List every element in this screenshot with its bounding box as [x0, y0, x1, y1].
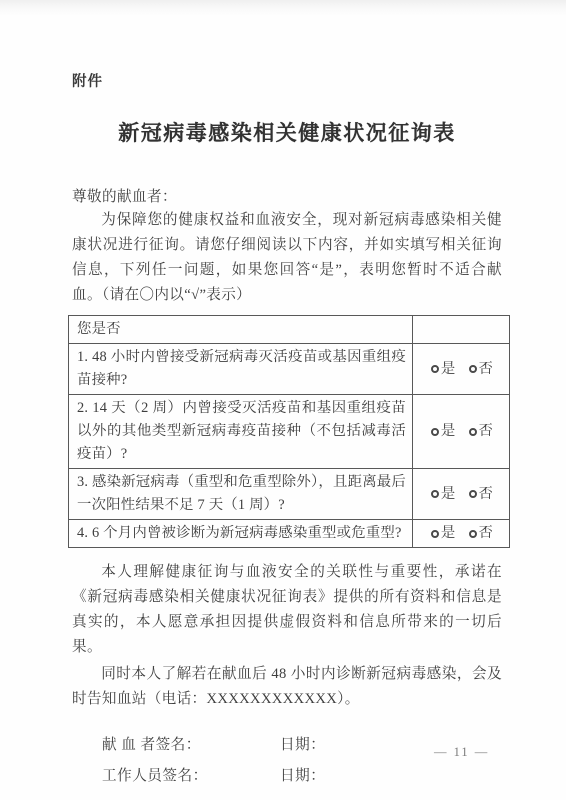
no-label: 否 [479, 358, 494, 381]
yes-option: 是 [431, 420, 456, 443]
answer-cell: 是 否 [413, 469, 510, 520]
yes-option: 是 [431, 483, 456, 506]
table-row: 4. 6 个月内曾被诊断为新冠病毒感染重型或危重型? 是 否 [69, 520, 510, 548]
no-label: 否 [479, 420, 494, 443]
attachment-label: 附件 [72, 70, 502, 91]
document-content: 附件 新冠病毒感染相关健康状况征询表 尊敬的献血者： 为保障您的健康权益和血液安… [0, 0, 566, 785]
declaration-paragraph-1: 本人理解健康征询与血液安全的关联性与重要性，承诺在《新冠病毒感染相关健康状况征询… [72, 560, 502, 660]
yes-label: 是 [441, 358, 456, 381]
no-option: 否 [469, 483, 494, 506]
no-label: 否 [479, 483, 494, 506]
question-cell: 2. 14 天（2 周）内曾接受灭活疫苗和基因重组疫苗以外的其他类型新冠病毒疫苗… [69, 395, 413, 469]
no-option: 否 [469, 358, 494, 381]
answer-options: 是 否 [421, 358, 503, 381]
no-option: 否 [469, 522, 494, 545]
answer-options: 是 否 [421, 420, 503, 443]
radio-circle-icon [431, 490, 439, 498]
table-header-row: 您是否 [69, 316, 510, 344]
answer-options: 是 否 [421, 522, 503, 545]
radio-circle-icon [469, 530, 477, 538]
page-title: 新冠病毒感染相关健康状况征询表 [72, 117, 502, 147]
answer-cell: 是 否 [413, 344, 510, 395]
question-cell: 1. 48 小时内曾接受新冠病毒灭活疫苗或基因重组疫苗接种? [69, 344, 413, 395]
table-row: 3. 感染新冠病毒（重型和危重型除外），且距离最后一次阳性结果不足 7 天（1 … [69, 469, 510, 520]
no-label: 否 [479, 522, 494, 545]
radio-circle-icon [431, 428, 439, 436]
table-header-answer-cell [413, 316, 510, 344]
yes-option: 是 [431, 358, 456, 381]
document-page: 附件 新冠病毒感染相关健康状况征询表 尊敬的献血者： 为保障您的健康权益和血液安… [0, 0, 566, 800]
table-header-cell: 您是否 [69, 316, 413, 344]
yes-option: 是 [431, 522, 456, 545]
radio-circle-icon [431, 530, 439, 538]
question-cell: 4. 6 个月内曾被诊断为新冠病毒感染重型或危重型? [69, 520, 413, 548]
table-row: 2. 14 天（2 周）内曾接受灭活疫苗和基因重组疫苗以外的其他类型新冠病毒疫苗… [69, 395, 510, 469]
declaration-paragraph-2: 同时本人了解若在献血后 48 小时内诊断新冠病毒感染，会及时告知血站（电话：XX… [72, 662, 502, 712]
salutation: 尊敬的献血者： [72, 185, 502, 206]
radio-circle-icon [469, 365, 477, 373]
staff-signature-label: 工作人员签名： [102, 764, 280, 785]
yes-label: 是 [441, 420, 456, 443]
table-row: 1. 48 小时内曾接受新冠病毒灭活疫苗或基因重组疫苗接种? 是 否 [69, 344, 510, 395]
donor-signature-label: 献 血 者签名： [102, 733, 280, 754]
page-number: — 11 — [434, 745, 489, 760]
intro-paragraph: 为保障您的健康权益和血液安全，现对新冠病毒感染相关健康状况进行征询。请您仔细阅读… [72, 208, 502, 308]
radio-circle-icon [431, 365, 439, 373]
answer-cell: 是 否 [413, 395, 510, 469]
question-cell: 3. 感染新冠病毒（重型和危重型除外），且距离最后一次阳性结果不足 7 天（1 … [69, 469, 413, 520]
radio-circle-icon [469, 428, 477, 436]
yes-label: 是 [441, 483, 456, 506]
answer-options: 是 否 [421, 483, 503, 506]
yes-label: 是 [441, 522, 456, 545]
radio-circle-icon [469, 490, 477, 498]
answer-cell: 是 否 [413, 520, 510, 548]
staff-signature-row: 工作人员签名： 日期： [102, 764, 502, 785]
staff-date-label: 日期： [280, 764, 325, 785]
donor-date-label: 日期： [280, 733, 325, 754]
no-option: 否 [469, 420, 494, 443]
questionnaire-table: 您是否 1. 48 小时内曾接受新冠病毒灭活疫苗或基因重组疫苗接种? 是 否 2… [68, 315, 510, 548]
